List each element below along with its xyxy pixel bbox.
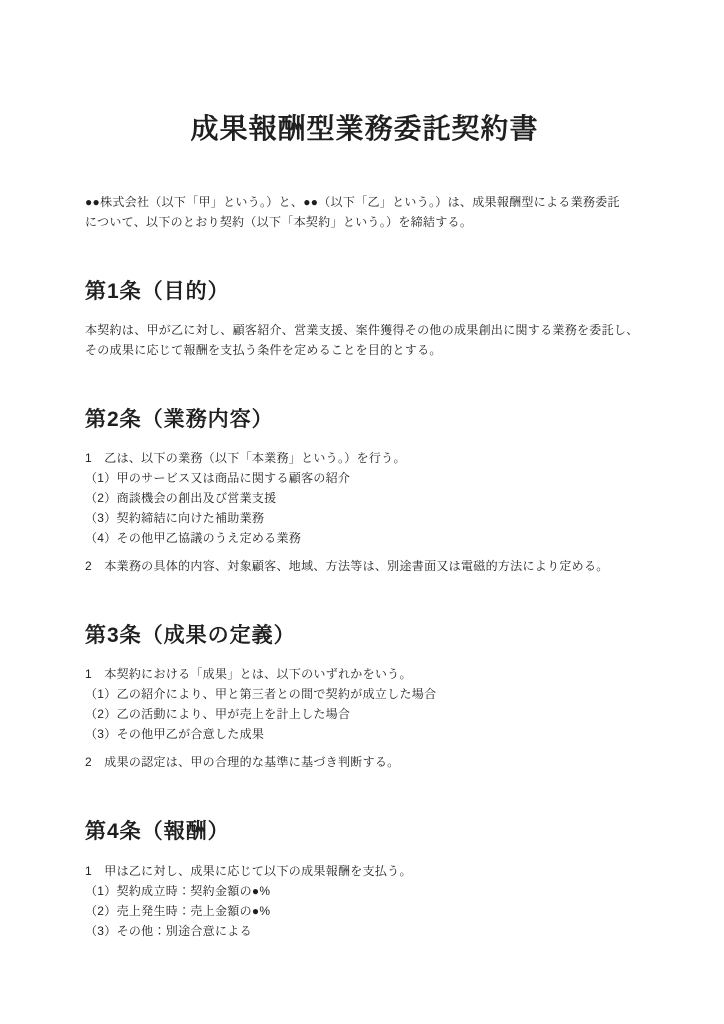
- article-2-block-2: 2 本業務の具体的内容、対象顧客、地域、方法等は、別途書面又は電磁的方法により定…: [85, 556, 644, 576]
- article-2-block-1-line-1: 1 乙は、以下の業務（以下「本業務」という。）を行う。: [85, 448, 644, 468]
- articles-container: 第1条（目的）本契約は、甲が乙に対し、顧客紹介、営業支援、案件獲得その他の成果創…: [85, 278, 644, 941]
- article-4-block-1-line-4: （3）その他：別途合意による: [85, 921, 644, 941]
- article-3-block-1-line-3: （2）乙の活動により、甲が売上を計上した場合: [85, 704, 644, 724]
- article-2-block-2-line-1: 2 本業務の具体的内容、対象顧客、地域、方法等は、別途書面又は電磁的方法により定…: [85, 556, 644, 576]
- article-2-block-1-line-3: （2）商談機会の創出及び営業支援: [85, 488, 644, 508]
- article-1-block-1-line-1: 本契約は、甲が乙に対し、顧客紹介、営業支援、案件獲得その他の成果創出に関する業務…: [85, 320, 644, 340]
- article-2-block-1-line-5: （4）その他甲乙協議のうえ定める業務: [85, 528, 644, 548]
- article-section-2: 第2条（業務内容）1 乙は、以下の業務（以下「本業務」という。）を行う。（1）甲…: [85, 406, 644, 576]
- article-section-1: 第1条（目的）本契約は、甲が乙に対し、顧客紹介、営業支援、案件獲得その他の成果創…: [85, 278, 644, 360]
- article-4-block-1-line-3: （2）売上発生時：売上金額の●%: [85, 901, 644, 921]
- document-title: 成果報酬型業務委託契約書: [85, 112, 644, 146]
- article-4-block-1: 1 甲は乙に対し、成果に応じて以下の成果報酬を支払う。（1）契約成立時：契約金額…: [85, 861, 644, 941]
- article-2-block-1-line-2: （1）甲のサービス又は商品に関する顧客の紹介: [85, 468, 644, 488]
- article-3-heading: 第3条（成果の定義）: [85, 622, 644, 649]
- article-3-block-2: 2 成果の認定は、甲の合理的な基準に基づき判断する。: [85, 752, 644, 772]
- article-2-heading: 第2条（業務内容）: [85, 406, 644, 433]
- article-2-block-1: 1 乙は、以下の業務（以下「本業務」という。）を行う。（1）甲のサービス又は商品…: [85, 448, 644, 548]
- article-1-block-1: 本契約は、甲が乙に対し、顧客紹介、営業支援、案件獲得その他の成果創出に関する業務…: [85, 320, 644, 360]
- article-4-heading: 第4条（報酬）: [85, 818, 644, 845]
- article-section-4: 第4条（報酬）1 甲は乙に対し、成果に応じて以下の成果報酬を支払う。（1）契約成…: [85, 818, 644, 940]
- article-3-block-1-line-2: （1）乙の紹介により、甲と第三者との間で契約が成立した場合: [85, 684, 644, 704]
- article-2-block-1-line-4: （3）契約締結に向けた補助業務: [85, 508, 644, 528]
- article-4-block-1-line-1: 1 甲は乙に対し、成果に応じて以下の成果報酬を支払う。: [85, 861, 644, 881]
- contract-document-page: 成果報酬型業務委託契約書 ●●株式会社（以下「甲」という。）と、●●（以下「乙」…: [0, 0, 724, 1024]
- article-4-block-1-line-2: （1）契約成立時：契約金額の●%: [85, 881, 644, 901]
- article-1-block-1-line-2: その成果に応じて報酬を支払う条件を定めることを目的とする。: [85, 340, 644, 360]
- article-3-block-1: 1 本契約における「成果」とは、以下のいずれかをいう。（1）乙の紹介により、甲と…: [85, 664, 644, 744]
- intro-line-1: ●●株式会社（以下「甲」という。）と、●●（以下「乙」という。）は、成果報酬型に…: [85, 192, 644, 212]
- intro-line-2: について、以下のとおり契約（以下「本契約」という。）を締結する。: [85, 212, 644, 232]
- article-1-heading: 第1条（目的）: [85, 278, 644, 305]
- article-3-block-1-line-4: （3）その他甲乙が合意した成果: [85, 724, 644, 744]
- intro-paragraph: ●●株式会社（以下「甲」という。）と、●●（以下「乙」という。）は、成果報酬型に…: [85, 192, 644, 232]
- article-3-block-1-line-1: 1 本契約における「成果」とは、以下のいずれかをいう。: [85, 664, 644, 684]
- article-3-block-2-line-1: 2 成果の認定は、甲の合理的な基準に基づき判断する。: [85, 752, 644, 772]
- article-section-3: 第3条（成果の定義）1 本契約における「成果」とは、以下のいずれかをいう。（1）…: [85, 622, 644, 772]
